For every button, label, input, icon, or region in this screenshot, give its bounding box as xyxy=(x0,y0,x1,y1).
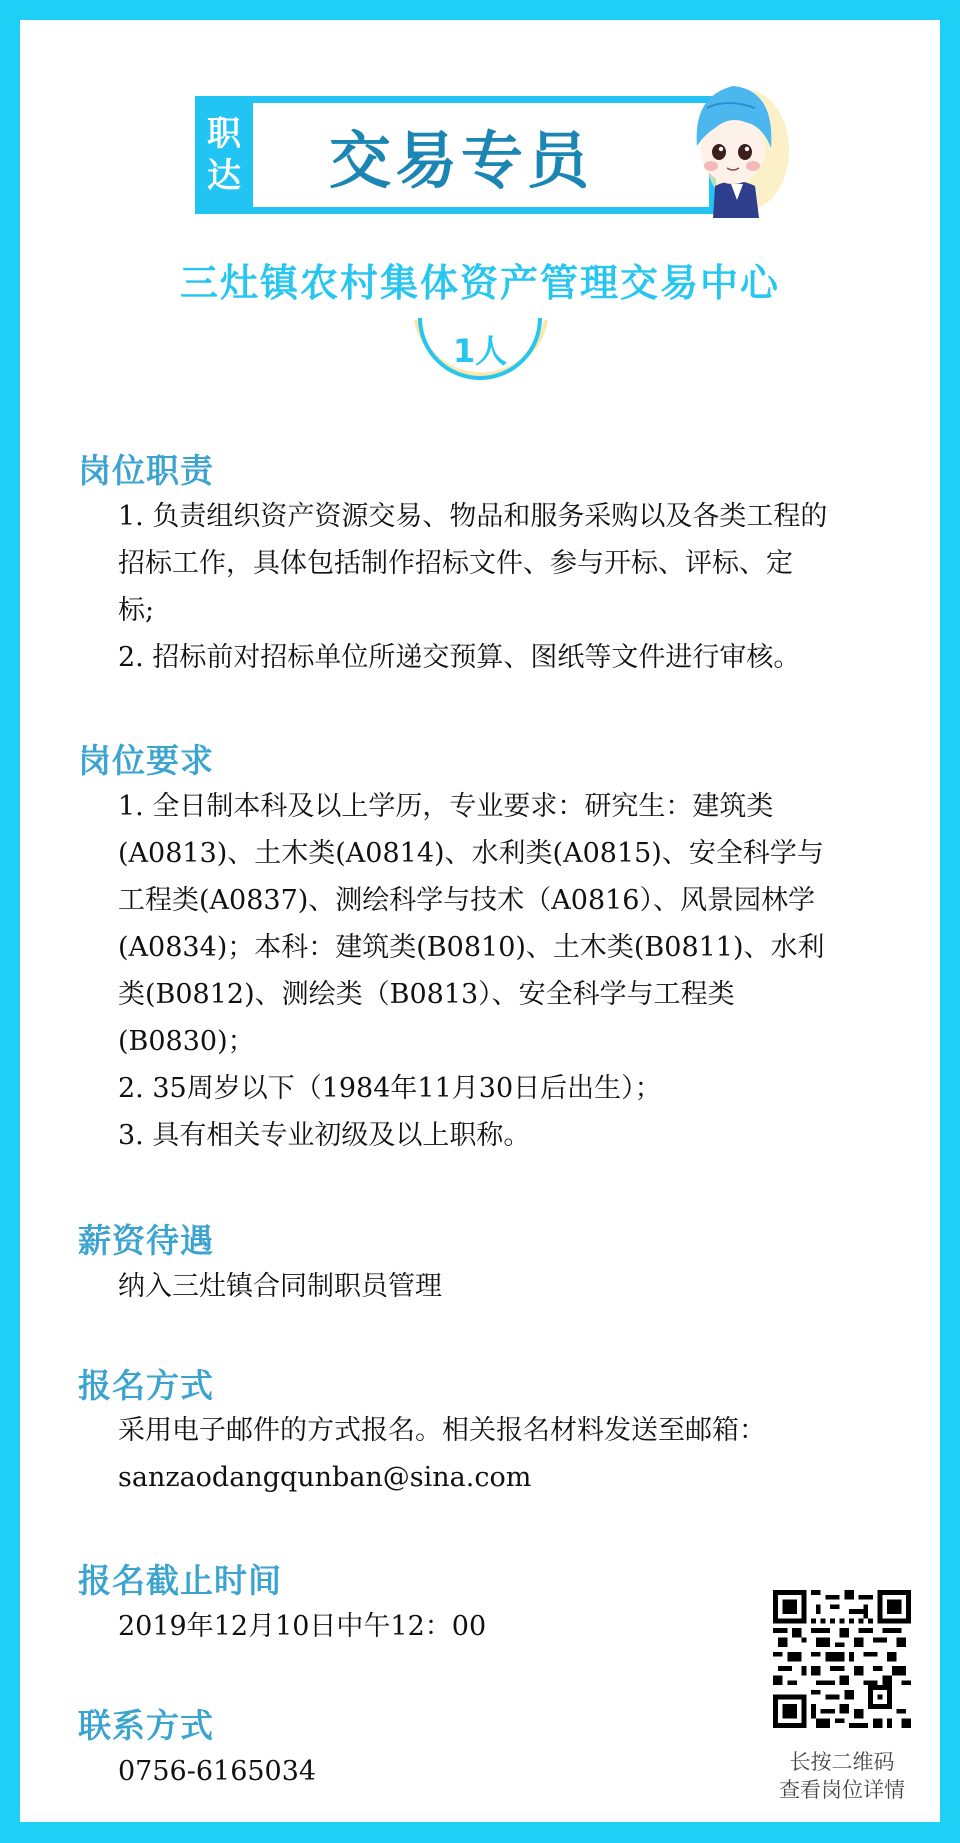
section-title-deadline: 报名截止时间 xyxy=(78,1555,282,1602)
requirements-line: 3. 具有相关专业初级及以上职称。 xyxy=(118,1112,908,1159)
banner-tag-char-2: 达 xyxy=(207,155,241,197)
job-poster-card: 职 达 交易专员 三灶镇农村集体资产 xyxy=(20,20,940,1822)
section-title-duties: 岗位职责 xyxy=(78,445,214,492)
mascot-icon xyxy=(675,68,795,228)
title-banner: 职 达 交易专员 xyxy=(195,96,715,214)
requirements-body: 1. 全日制本科及以上学历，专业要求：研究生：建筑类 (A0813)、土木类(A… xyxy=(118,783,908,1159)
section-title-salary: 薪资待遇 xyxy=(78,1215,214,1262)
requirements-line: (B0830)； xyxy=(118,1018,908,1065)
section-title-application: 报名方式 xyxy=(78,1360,214,1407)
salary-body: 纳入三灶镇合同制职员管理 xyxy=(118,1263,908,1310)
requirements-line: (A0813)、土木类(A0814)、水利类(A0815)、安全科学与 xyxy=(118,830,908,877)
duties-line: 2. 招标前对招标单位所递交预算、图纸等文件进行审核。 xyxy=(118,634,908,681)
requirements-line: (A0834)；本科：建筑类(B0810)、土木类(B0811)、水利 xyxy=(118,924,908,971)
banner-tag: 职 达 xyxy=(195,96,253,214)
duties-line: 1. 负责组织资产资源交易、物品和服务采购以及各类工程的 xyxy=(118,493,908,540)
requirements-line: 2. 35周岁以下（1984年11月30日后出生）； xyxy=(118,1065,908,1112)
headcount: 1人 xyxy=(410,326,550,372)
banner-tag-char-1: 职 xyxy=(207,113,241,155)
section-title-contact: 联系方式 xyxy=(78,1700,214,1747)
qr-caption-line-2: 查看岗位详情 xyxy=(750,1776,934,1804)
duties-line: 招标工作，具体包括制作招标文件、参与开标、评标、定 xyxy=(118,540,908,587)
qr-code-icon[interactable] xyxy=(773,1590,911,1728)
salary-line: 纳入三灶镇合同制职员管理 xyxy=(118,1263,908,1310)
requirements-line: 工程类(A0837)、测绘科学与技术（A0816）、风景园林学 xyxy=(118,877,908,924)
duties-line: 标; xyxy=(118,587,908,634)
banner-title-box: 交易专员 xyxy=(253,96,716,214)
application-email[interactable]: sanzaodangqunban@sina.com xyxy=(118,1454,908,1501)
qr-caption-line-1: 长按二维码 xyxy=(750,1748,934,1776)
headcount-badge: 1人 xyxy=(410,316,550,416)
requirements-line: 类(B0812)、测绘类（B0813）、安全科学与工程类 xyxy=(118,971,908,1018)
requirements-line: 1. 全日制本科及以上学历，专业要求：研究生：建筑类 xyxy=(118,783,908,830)
section-title-requirements: 岗位要求 xyxy=(78,735,214,782)
duties-body: 1. 负责组织资产资源交易、物品和服务采购以及各类工程的 招标工作，具体包括制作… xyxy=(118,493,908,681)
job-title: 交易专员 xyxy=(329,111,633,200)
organization-name: 三灶镇农村集体资产管理交易中心 xyxy=(20,252,940,307)
qr-caption: 长按二维码 查看岗位详情 xyxy=(750,1748,934,1804)
application-body: 采用电子邮件的方式报名。相关报名材料发送至邮箱： sanzaodangqunba… xyxy=(118,1407,908,1501)
application-line: 采用电子邮件的方式报名。相关报名材料发送至邮箱： xyxy=(118,1407,908,1454)
